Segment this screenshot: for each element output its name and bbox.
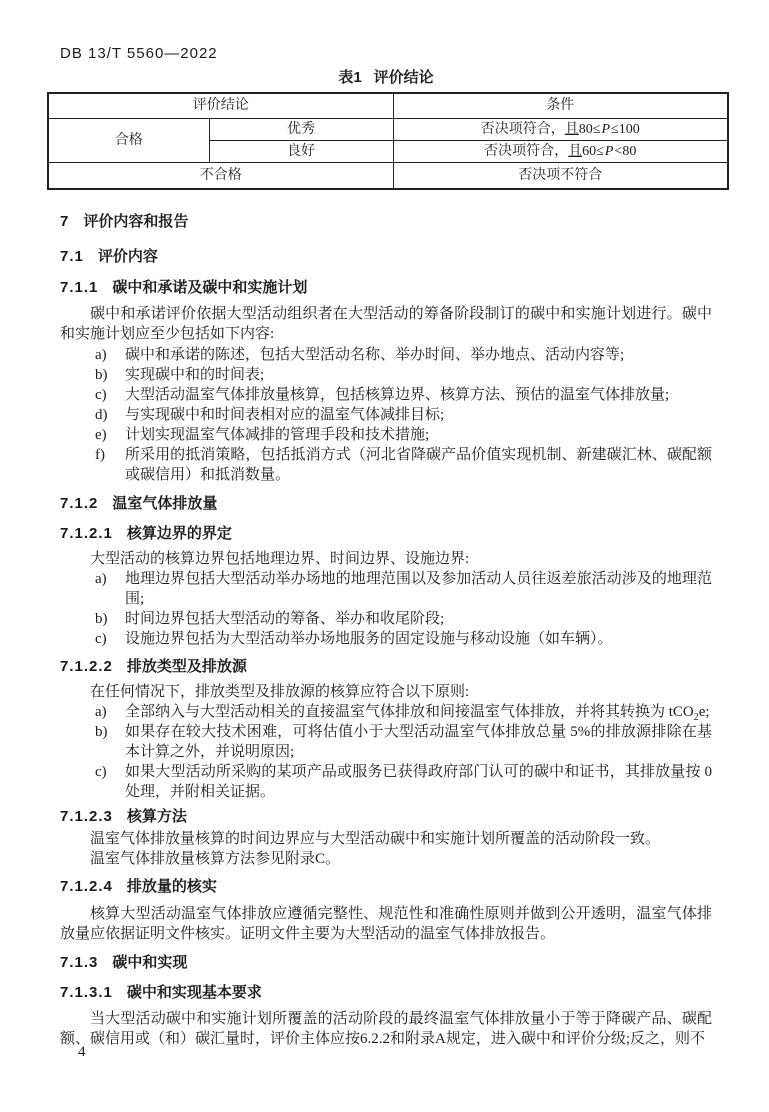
list-item-text: 与实现碳中和时间表相对应的温室气体减排目标;	[125, 405, 712, 425]
list-item: a)地理边界包括大型活动举办场地的地理范围以及参加活动人员往返差旅活动涉及的地理…	[95, 569, 712, 609]
list-item: a)全部纳入与大型活动相关的直接温室气体排放和间接温室气体排放，并将其转换为 t…	[95, 702, 712, 722]
list-item-text: 时间边界包括大型活动的筹备、举办和收尾阶段;	[125, 609, 712, 629]
heading-number: 7.1.2.3	[60, 808, 113, 825]
condition-variable-p: P	[604, 144, 615, 159]
cell-qualified: 合格	[48, 119, 209, 163]
cell-unqualified: 不合格	[48, 163, 393, 190]
list-item-text: 所采用的抵消策略，包括抵消方式（河北省降碳产品价值实现机制、新建碳汇林、碳配额或…	[125, 445, 712, 485]
intro-7-1-2-1: 大型活动的核算边界包括地理边界、时间边界、设施边界:	[60, 549, 712, 569]
table-caption-number: 表1	[338, 69, 361, 86]
evaluation-conclusion-table: 评价结论 条件 合格 优秀 否决项符合，且80≤P≤100 良好 否决项符合，且…	[47, 92, 729, 190]
heading-title: 排放量的核实	[127, 878, 217, 895]
list-item-text: 大型活动温室气体排放量核算，包括核算边界、核算方法、预估的温室气体排放量;	[125, 385, 712, 405]
list-item-text: 如果大型活动所采购的某项产品或服务已获得政府部门认可的碳中和证书，其排放量按 0…	[125, 762, 712, 802]
paragraph-7-1-2-3-line2: 温室气体排放量核算方法参见附录C。	[60, 849, 712, 869]
condition-variable-p: P	[600, 122, 611, 137]
list-item-label: a)	[95, 702, 125, 722]
section-heading-7-1: 7.1评价内容	[60, 247, 712, 267]
list-item-label: a)	[95, 569, 125, 609]
heading-number: 7.1.2	[60, 495, 98, 512]
heading-number: 7	[60, 213, 69, 230]
page-number: 4	[78, 1042, 86, 1062]
text-run: e;	[699, 704, 710, 720]
text-run: 全部纳入与大型活动相关的直接温室气体排放和间接温室气体排放，并将其转换为 tCO	[125, 704, 694, 720]
doc-code: DB 13/T 5560—2022	[60, 44, 712, 64]
condition-text: 60≤	[582, 144, 604, 159]
table-row: 不合格 否决项不符合	[48, 163, 728, 190]
condition-text: 否决项符合，	[484, 144, 568, 159]
heading-number: 7.1.2.1	[60, 525, 113, 542]
list-item-text: 实现碳中和的时间表;	[125, 365, 712, 385]
section-heading-7: 7评价内容和报告	[60, 212, 712, 232]
cell-good-condition: 否决项符合，且60≤P<80	[393, 141, 728, 163]
heading-number: 7.1.3.1	[60, 984, 113, 1001]
list-item: b)时间边界包括大型活动的筹备、举办和收尾阶段;	[95, 609, 712, 629]
section-heading-7-1-2-1: 7.1.2.1核算边界的界定	[60, 524, 712, 544]
paragraph-7-1-3-1: 当大型活动碳中和实施计划所覆盖的活动阶段的最终温室气体排放量小于等于降碳产品、碳…	[60, 1009, 712, 1049]
header-cell-condition: 条件	[393, 93, 728, 119]
cell-excellent-condition: 否决项符合，且80≤P≤100	[393, 119, 728, 141]
list-item-label: c)	[95, 385, 125, 405]
section-heading-7-1-2-2: 7.1.2.2排放类型及排放源	[60, 657, 712, 677]
list-item-text: 如果存在较大技术困难，可将估值小于大型活动温室气体排放总量 5%的排放源排除在基…	[125, 722, 712, 762]
list-item-text: 碳中和承诺的陈述，包括大型活动名称、举办时间、举办地点、活动内容等;	[125, 345, 712, 365]
cell-unqualified-condition: 否决项不符合	[393, 163, 728, 190]
document-page: DB 13/T 5560—2022 表1评价结论 评价结论 条件 合格 优秀 否…	[0, 0, 769, 1112]
list-item: d)与实现碳中和时间表相对应的温室气体减排目标;	[95, 405, 712, 425]
list-item-label: d)	[95, 405, 125, 425]
list-item-label: a)	[95, 345, 125, 365]
paragraph-7-1-1: 碳中和承诺评价依据大型活动组织者在大型活动的筹备阶段制订的碳中和实施计划进行。碳…	[60, 304, 712, 344]
heading-title: 温室气体排放量	[112, 495, 217, 512]
header-cell-conclusion: 评价结论	[48, 93, 393, 119]
heading-title: 排放类型及排放源	[127, 658, 247, 675]
condition-text: <80	[614, 144, 636, 159]
section-heading-7-1-2-4: 7.1.2.4排放量的核实	[60, 877, 712, 897]
list-item-label: c)	[95, 762, 125, 802]
list-item: c)设施边界包括为大型活动举办场地服务的固定设施与移动设施（如车辆）。	[95, 629, 712, 649]
list-item: b)如果存在较大技术困难，可将估值小于大型活动温室气体排放总量 5%的排放源排除…	[95, 722, 712, 762]
list-7-1-2-2: a)全部纳入与大型活动相关的直接温室气体排放和间接温室气体排放，并将其转换为 t…	[95, 702, 712, 802]
heading-title: 核算边界的界定	[127, 525, 232, 542]
list-item-label: c)	[95, 629, 125, 649]
cell-excellent: 优秀	[209, 119, 393, 141]
list-item: c)大型活动温室气体排放量核算，包括核算边界、核算方法、预估的温室气体排放量;	[95, 385, 712, 405]
list-item-text: 设施边界包括为大型活动举办场地服务的固定设施与移动设施（如车辆）。	[125, 629, 712, 649]
table-caption: 表1评价结论	[60, 68, 712, 88]
heading-number: 7.1.2.4	[60, 878, 113, 895]
list-item-label: e)	[95, 425, 125, 445]
list-item-label: b)	[95, 609, 125, 629]
condition-text: 否决项符合，	[481, 122, 565, 137]
section-heading-7-1-1: 7.1.1碳中和承诺及碳中和实施计划	[60, 278, 712, 298]
paragraph-7-1-2-4: 核算大型活动温室气体排放应遵循完整性、规范性和准确性原则并做到公开透明，温室气体…	[60, 904, 712, 944]
cell-good: 良好	[209, 141, 393, 163]
list-item-text: 计划实现温室气体减排的管理手段和技术措施;	[125, 425, 712, 445]
intro-7-1-2-2: 在任何情况下，排放类型及排放源的核算应符合以下原则:	[60, 682, 712, 702]
section-heading-7-1-2-3: 7.1.2.3核算方法	[60, 807, 712, 827]
list-item: c)如果大型活动所采购的某项产品或服务已获得政府部门认可的碳中和证书，其排放量按…	[95, 762, 712, 802]
section-heading-7-1-2: 7.1.2温室气体排放量	[60, 494, 712, 514]
list-7-1-1: a)碳中和承诺的陈述，包括大型活动名称、举办时间、举办地点、活动内容等; b)实…	[95, 345, 712, 485]
table-caption-title: 评价结论	[374, 69, 434, 86]
heading-number: 7.1.3	[60, 954, 98, 971]
table-header-row: 评价结论 条件	[48, 93, 728, 119]
table-row: 合格 优秀 否决项符合，且80≤P≤100	[48, 119, 728, 141]
heading-title: 核算方法	[127, 808, 187, 825]
heading-title: 评价内容和报告	[83, 213, 188, 230]
condition-text: ≤100	[611, 122, 640, 137]
list-item-text: 地理边界包括大型活动举办场地的地理范围以及参加活动人员往返差旅活动涉及的地理范围…	[125, 569, 712, 609]
list-item-text: 全部纳入与大型活动相关的直接温室气体排放和间接温室气体排放，并将其转换为 tCO…	[125, 702, 712, 722]
heading-title: 碳中和承诺及碳中和实施计划	[112, 279, 307, 296]
paragraph-7-1-2-3-line1: 温室气体排放量核算的时间边界应与大型活动碳中和实施计划所覆盖的活动阶段一致。	[60, 829, 712, 849]
list-7-1-2-1: a)地理边界包括大型活动举办场地的地理范围以及参加活动人员往返差旅活动涉及的地理…	[95, 569, 712, 649]
list-item-label: b)	[95, 365, 125, 385]
list-item-label: f)	[95, 445, 125, 485]
heading-number: 7.1	[60, 248, 84, 265]
condition-underlined: 且	[565, 122, 579, 137]
list-item: b)实现碳中和的时间表;	[95, 365, 712, 385]
condition-underlined: 且	[568, 144, 582, 159]
list-item-label: b)	[95, 722, 125, 762]
heading-title: 碳中和实现基本要求	[127, 984, 262, 1001]
list-item: e)计划实现温室气体减排的管理手段和技术措施;	[95, 425, 712, 445]
page-content: DB 13/T 5560—2022 表1评价结论 评价结论 条件 合格 优秀 否…	[0, 0, 769, 1049]
section-heading-7-1-3-1: 7.1.3.1碳中和实现基本要求	[60, 983, 712, 1003]
heading-number: 7.1.2.2	[60, 658, 113, 675]
list-item: a)碳中和承诺的陈述，包括大型活动名称、举办时间、举办地点、活动内容等;	[95, 345, 712, 365]
heading-number: 7.1.1	[60, 279, 98, 296]
list-item: f)所采用的抵消策略，包括抵消方式（河北省降碳产品价值实现机制、新建碳汇林、碳配…	[95, 445, 712, 485]
condition-text: 80≤	[579, 122, 601, 137]
heading-title: 评价内容	[98, 248, 158, 265]
heading-title: 碳中和实现	[112, 954, 187, 971]
section-heading-7-1-3: 7.1.3碳中和实现	[60, 953, 712, 973]
